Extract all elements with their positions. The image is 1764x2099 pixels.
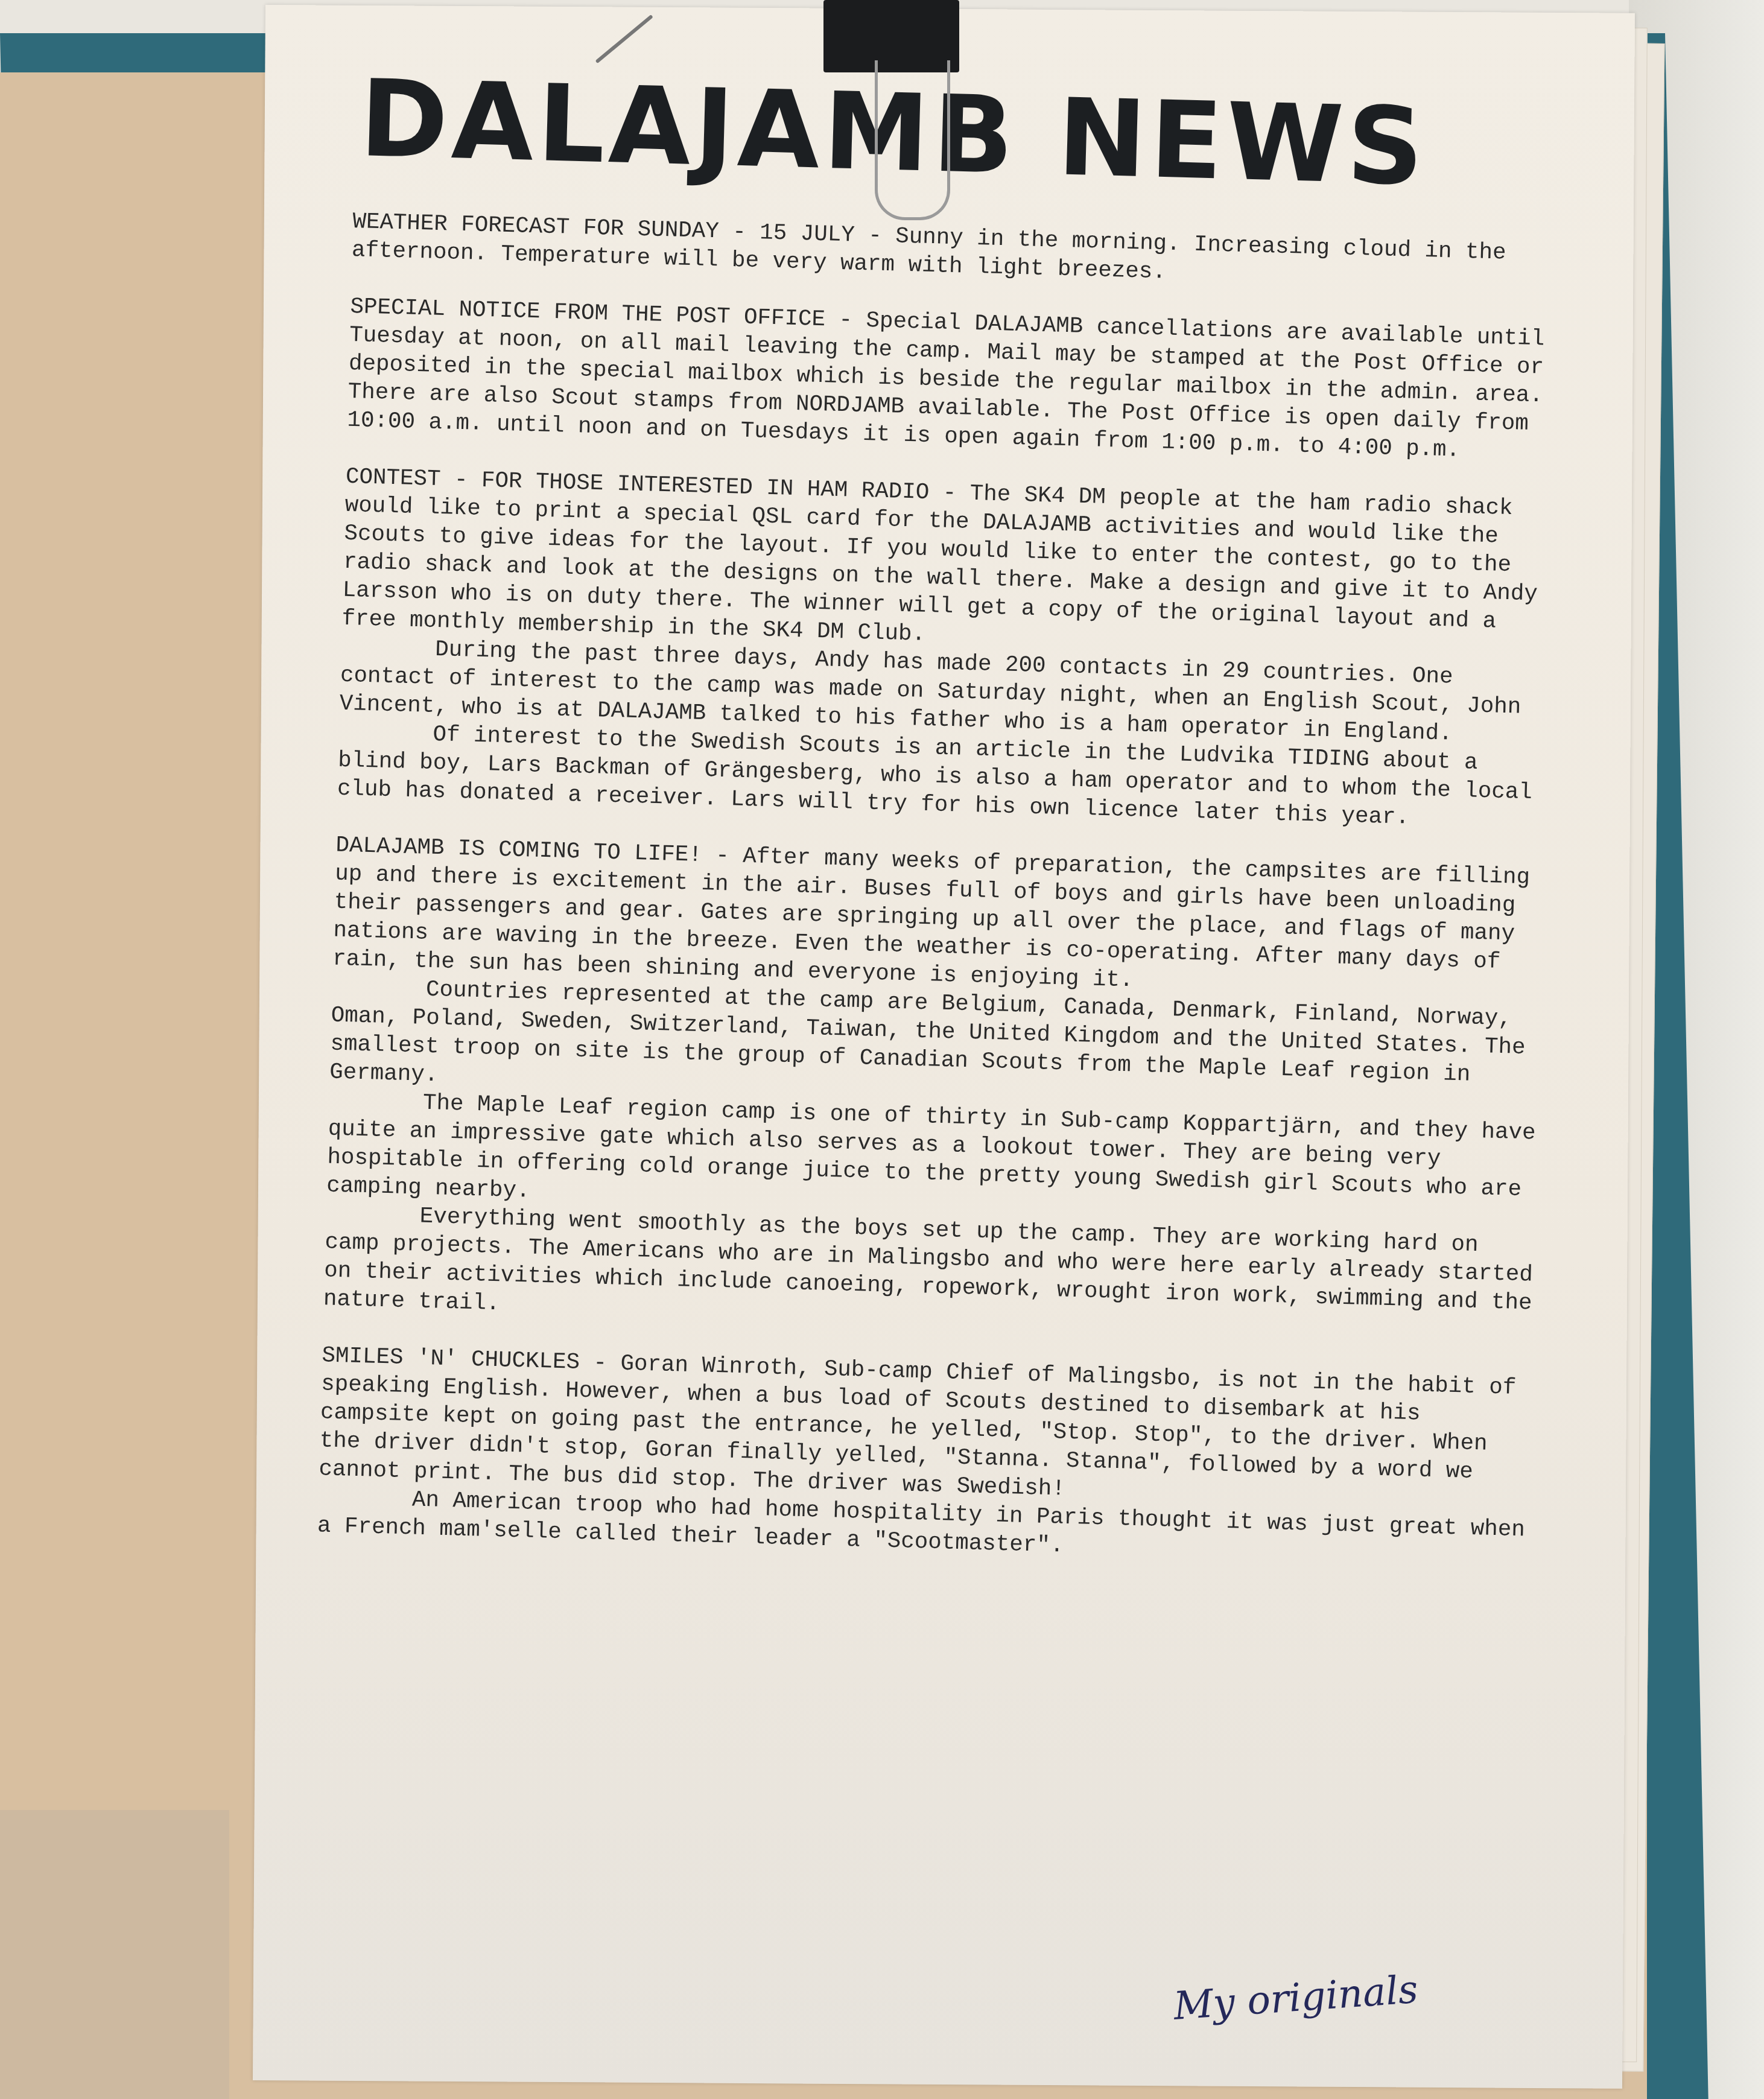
article-lead-paragraph: SPECIAL NOTICE FROM THE POST OFFICE - Sp… [347,293,1563,468]
paragraph-text: The SK4 DM people at the ham radio shack… [341,481,1538,647]
paragraph-text: Special DALAJAMB cancellations are avail… [347,308,1545,463]
heading-separator: - [854,223,896,250]
article-section: SMILES 'N' CHUCKLES - Goran Winroth, Sub… [317,1342,1534,1573]
article-lead-paragraph: CONTEST - FOR THOSE INTERESTED IN HAM RA… [341,463,1558,666]
article-section: DALAJAMB IS COMING TO LIFE! - After many… [323,832,1548,1347]
paragraph-text: After many weeks of preparation, the cam… [332,844,1531,994]
heading-separator: - [579,1350,621,1377]
article-heading: SMILES 'N' CHUCKLES [322,1343,580,1376]
article-section: CONTEST - FOR THOSE INTERESTED IN HAM RA… [337,463,1558,836]
heading-separator: - [825,307,866,334]
heading-separator: - [929,480,971,507]
folder-edge [0,1810,229,2099]
paragraph-text: Goran Winroth, Sub-camp Chief of Malings… [319,1351,1517,1502]
article-section: SPECIAL NOTICE FROM THE POST OFFICE - Sp… [347,293,1563,468]
staple-icon [595,14,653,63]
newsletter-body: WEATHER FORECAST FOR SUNDAY - 15 JULY - … [316,208,1565,1602]
heading-separator: - [702,843,743,869]
binder-clip-handle-icon [875,60,950,220]
